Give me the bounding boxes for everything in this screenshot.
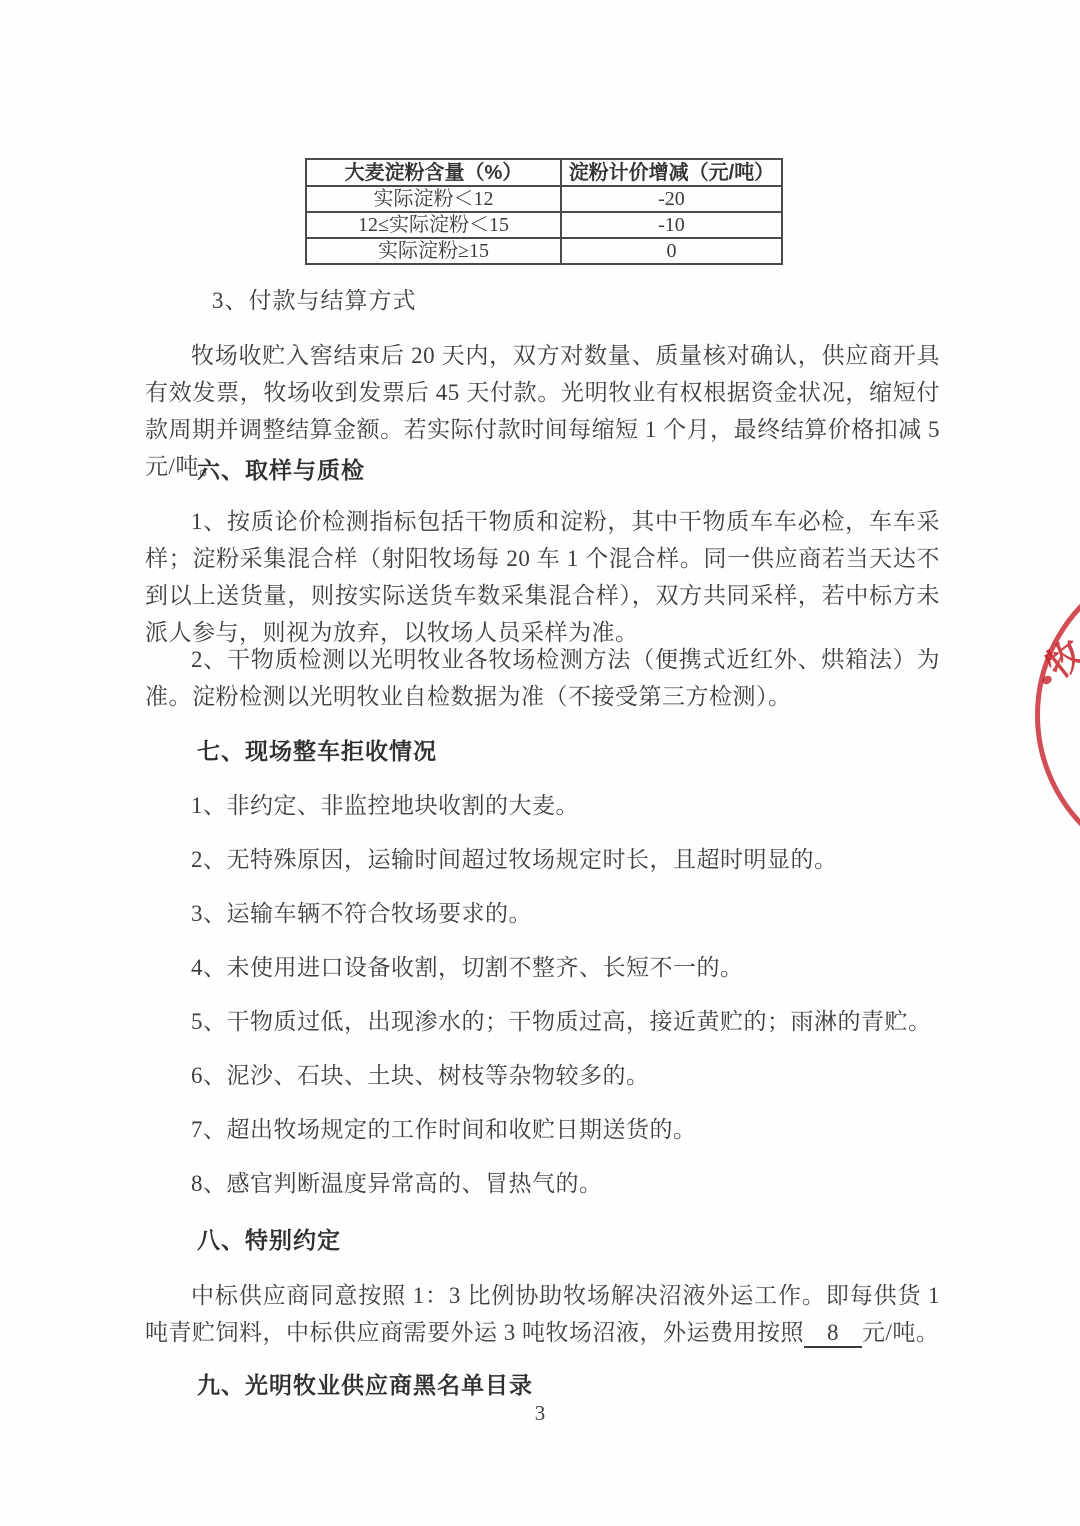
starch-pricing-table: 大麦淀粉含量（%） 淀粉计价增减（元/吨） 实际淀粉＜12 -20 12≤实际淀… bbox=[305, 158, 783, 265]
rejection-item: 1、非约定、非监控地块收割的大麦。 bbox=[145, 787, 940, 824]
fee-blank-underline: 8 bbox=[804, 1320, 862, 1348]
page-number: 3 bbox=[0, 1401, 1080, 1426]
paragraph-sampling-item1: 1、按质论价检测指标包括干物质和淀粉，其中干物质车车必检，车车采样；淀粉采集混合… bbox=[145, 503, 940, 651]
rejection-items-list: 1、非约定、非监控地块收割的大麦。 2、无特殊原因，运输时间超过牧场规定时长，且… bbox=[145, 787, 940, 1219]
rejection-item: 5、干物质过低，出现渗水的；干物质过高，接近黄贮的；雨淋的青贮。 bbox=[145, 1003, 940, 1040]
heading-sampling-qc: 六、取样与质检 bbox=[197, 452, 365, 485]
rejection-item: 8、感官判断温度异常高的、冒热气的。 bbox=[145, 1165, 940, 1202]
table-cell-adjustment: -20 bbox=[561, 186, 782, 212]
table-row: 实际淀粉＜12 -20 bbox=[306, 186, 782, 212]
table-row: 12≤实际淀粉＜15 -10 bbox=[306, 212, 782, 238]
rejection-item: 6、泥沙、石块、土块、树枝等杂物较多的。 bbox=[145, 1057, 940, 1094]
rejection-item: 7、超出牧场规定的工作时间和收贮日期送货的。 bbox=[145, 1111, 940, 1148]
special-terms-text-after: 元/吨。 bbox=[862, 1320, 939, 1345]
table-header-row: 大麦淀粉含量（%） 淀粉计价增减（元/吨） bbox=[306, 159, 782, 186]
heading-rejection-cases: 七、现场整车拒收情况 bbox=[197, 733, 437, 766]
table-row: 实际淀粉≥15 0 bbox=[306, 238, 782, 264]
table-cell-adjustment: -10 bbox=[561, 212, 782, 238]
paragraph-special-terms: 中标供应商同意按照 1：3 比例协助牧场解决沼液外运工作。即每供货 1 吨青贮饲… bbox=[145, 1277, 940, 1351]
table-header-starch-content: 大麦淀粉含量（%） bbox=[306, 159, 561, 186]
document-page: 大麦淀粉含量（%） 淀粉计价增减（元/吨） 实际淀粉＜12 -20 12≤实际淀… bbox=[0, 0, 1080, 1526]
table-cell-adjustment: 0 bbox=[561, 238, 782, 264]
rejection-item: 4、未使用进口设备收割，切割不整齐、长短不一的。 bbox=[145, 949, 940, 986]
heading-special-terms: 八、特别约定 bbox=[197, 1222, 341, 1255]
rejection-item: 2、无特殊原因，运输时间超过牧场规定时长，且超时明显的。 bbox=[145, 841, 940, 878]
table-cell-range: 实际淀粉≥15 bbox=[306, 238, 561, 264]
table-cell-range: 12≤实际淀粉＜15 bbox=[306, 212, 561, 238]
table-header-price-adjustment: 淀粉计价增减（元/吨） bbox=[561, 159, 782, 186]
heading-supplier-blacklist: 九、光明牧业供应商黑名单目录 bbox=[197, 1367, 533, 1400]
rejection-item: 3、运输车辆不符合牧场要求的。 bbox=[145, 895, 940, 932]
table-cell-range: 实际淀粉＜12 bbox=[306, 186, 561, 212]
paragraph-sampling-item2: 2、干物质检测以光明牧业各牧场检测方法（便携式近红外、烘箱法）为准。淀粉检测以光… bbox=[145, 641, 940, 715]
heading-payment-settlement: 3、付款与结算方式 bbox=[212, 282, 417, 315]
